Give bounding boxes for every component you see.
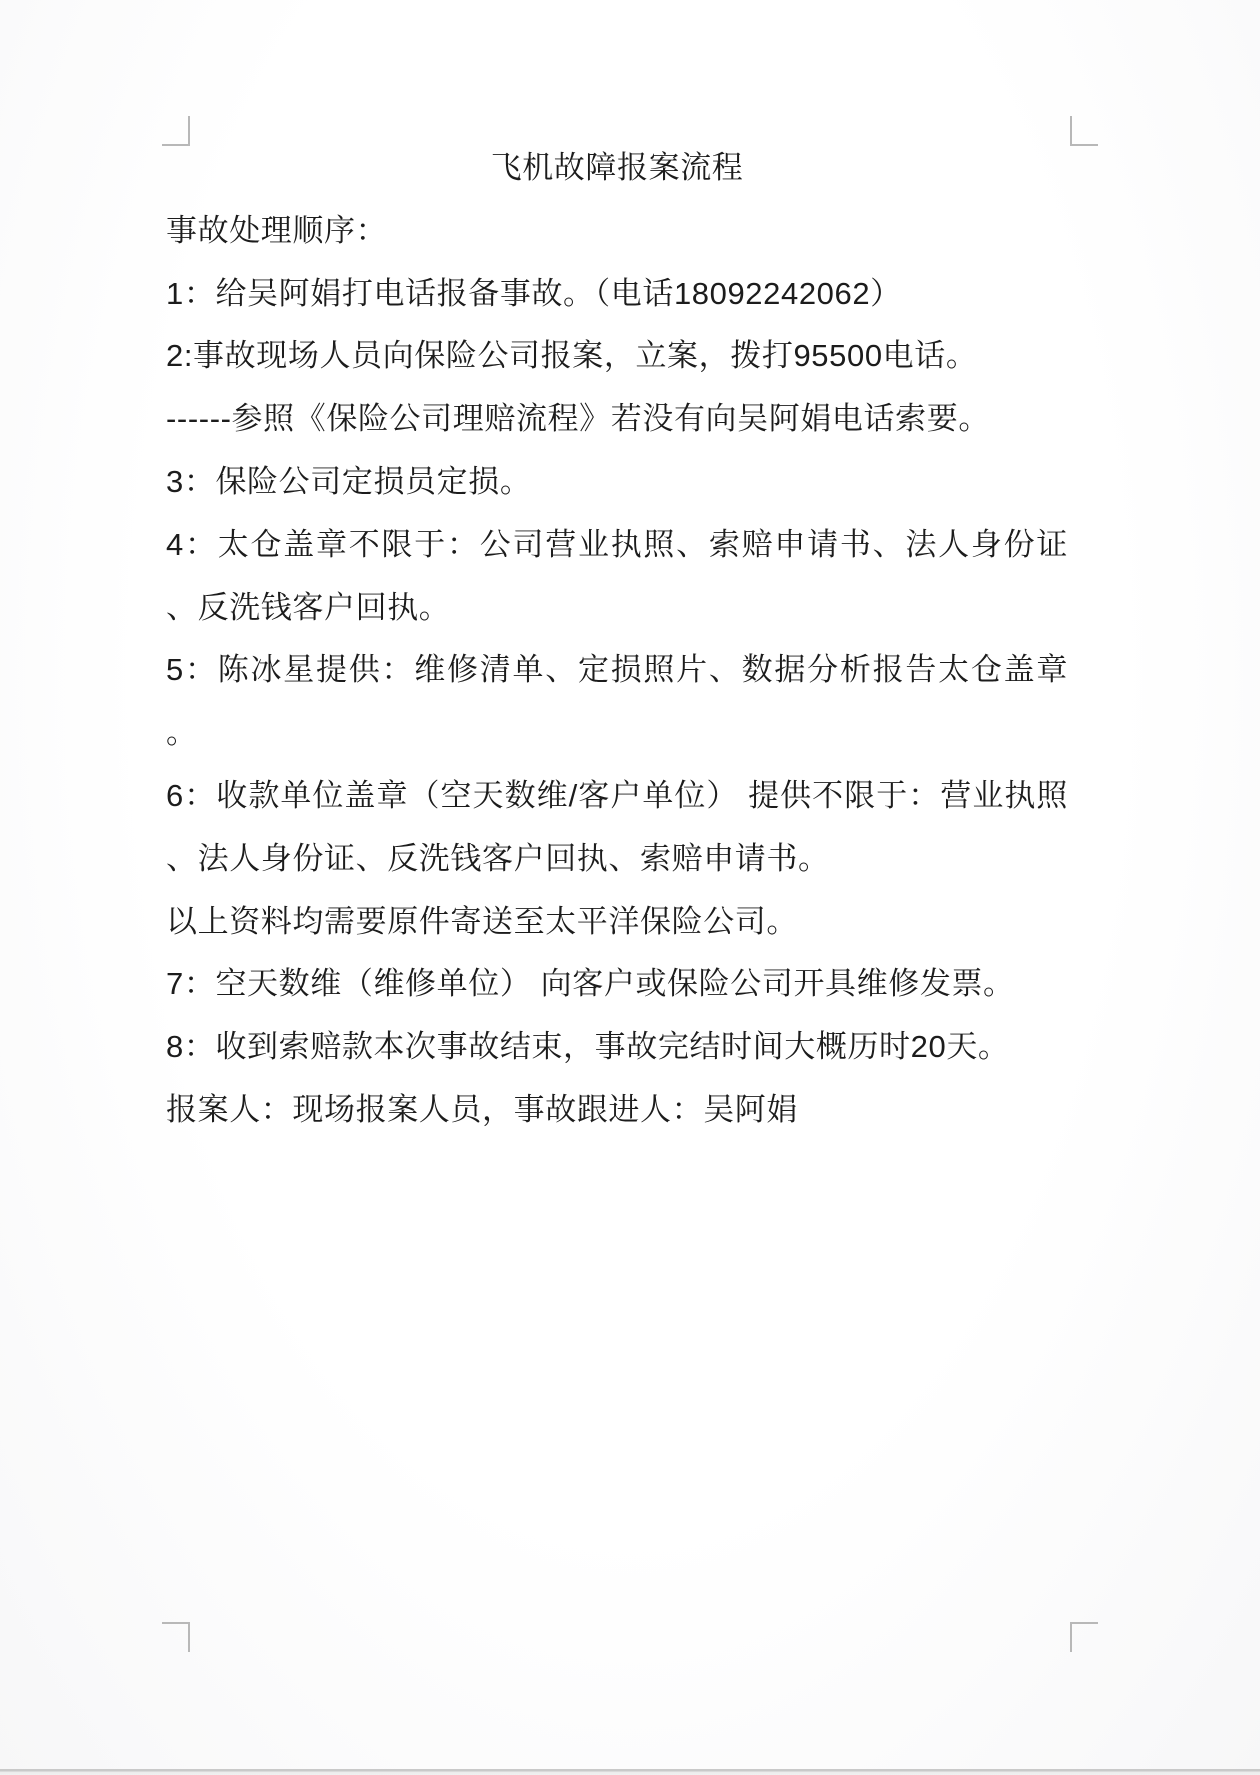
paragraph-line: 3：保险公司定损员定损。 (166, 451, 1068, 514)
paragraph-line: 8：收到索赔款本次事故结束，事故完结时间大概历时20天。 (166, 1016, 1068, 1079)
document-title: 飞机故障报案流程 (166, 137, 1068, 200)
document-page: 飞机故障报案流程 事故处理顺序： 1：给吴阿娟打电话报备事故。（电话180922… (0, 0, 1260, 1775)
paragraph-line: ------参照《保险公司理赔流程》若没有向吴阿娟电话索要。 (166, 388, 1068, 451)
paragraph-line: 以上资料均需要原件寄送至太平洋保险公司。 (166, 891, 1068, 954)
paragraph-line: 。 (166, 702, 1068, 765)
paragraph-line: 报案人：现场报案人员，事故跟进人：吴阿娟 (166, 1079, 1068, 1142)
text-boundary-mark-top-right (1070, 116, 1098, 146)
text-boundary-mark-bottom-right (1070, 1622, 1098, 1652)
text-boundary-mark-bottom-left (162, 1622, 190, 1652)
document-body: 飞机故障报案流程 事故处理顺序： 1：给吴阿娟打电话报备事故。（电话180922… (166, 137, 1068, 1142)
paragraph-line: 7：空天数维（维修单位） 向客户或保险公司开具维修发票。 (166, 953, 1068, 1016)
paragraph-line: 、反洗钱客户回执。 (166, 577, 1068, 640)
paragraph-line: 1：给吴阿娟打电话报备事故。（电话18092242062） (166, 263, 1068, 326)
paragraph-line: 5：陈冰星提供：维修清单、定损照片、数据分析报告太仓盖章 (166, 639, 1068, 702)
paragraph-line: 、法人身份证、反洗钱客户回执、索赔申请书。 (166, 828, 1068, 891)
paragraph-line: 2:事故现场人员向保险公司报案，立案，拨打95500电话。 (166, 325, 1068, 388)
photo-bottom-edge (0, 1769, 1260, 1775)
paragraph-line: 4：太仓盖章不限于：公司营业执照、索赔申请书、法人身份证 (166, 514, 1068, 577)
paragraph-line: 6：收款单位盖章（空天数维/客户单位） 提供不限于：营业执照 (166, 765, 1068, 828)
paragraph-line: 事故处理顺序： (166, 200, 1068, 263)
